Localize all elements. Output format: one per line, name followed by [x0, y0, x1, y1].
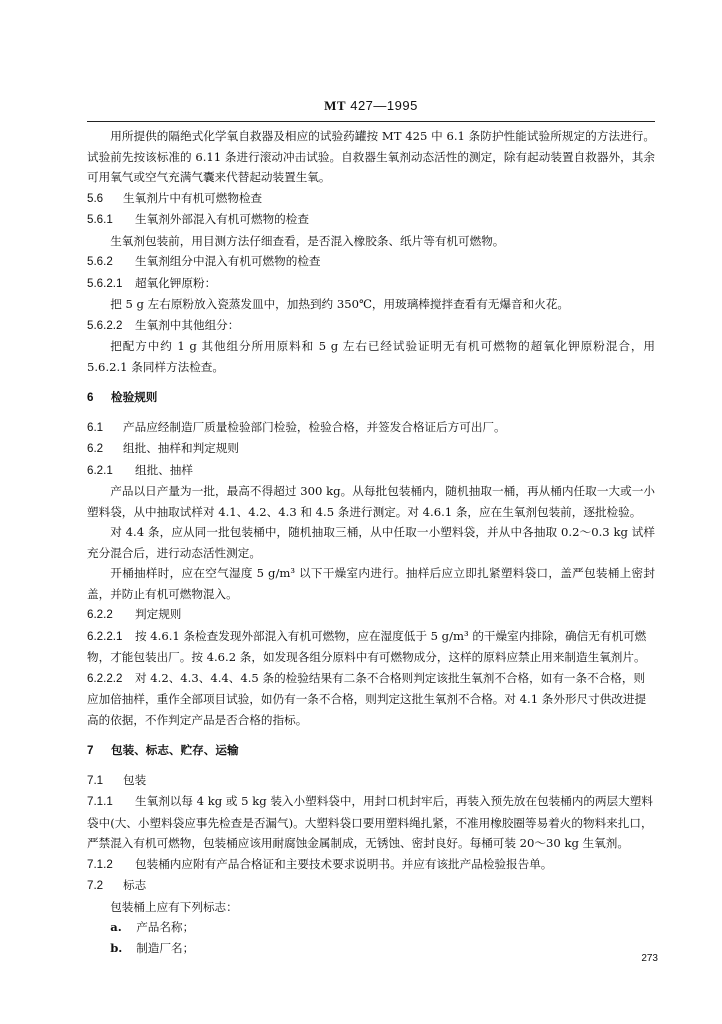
paragraph: 生氧剂包装前，用目测方法仔细查看，是否混入橡胶条、纸片等有机可燃物。	[87, 231, 655, 252]
paragraph: 产品以日产量为一批，最高不得超过 300 kg。从每批包装桶内，随机抽取一桶，再…	[87, 481, 655, 522]
standard-prefix: MT	[324, 98, 346, 113]
header-rule	[87, 121, 655, 122]
document-body: 用所提供的隔绝式化学氧自救器及相应的试验药罐按 MT 425 中 6.1 条防护…	[87, 126, 655, 958]
paragraph: 把 5 g 左右原粉放入瓷蒸发皿中，加热到约 350℃，用玻璃棒搅拌查看有无爆音…	[87, 294, 655, 315]
section-heading-6-2-1: 6.2.1组批、抽样	[87, 460, 655, 482]
page-number: 273	[641, 953, 658, 964]
list-item: b.制造厂名；	[87, 938, 655, 959]
paragraph: 开桶抽样时，应在空气湿度 5 g/m³ 以下干燥室内进行。抽样后应立即扎紧塑料袋…	[87, 563, 655, 604]
section-heading-6-1: 6.1产品应经制造厂质量检验部门检验，检验合格，并签发合格证后方可出厂。	[87, 417, 655, 439]
section-heading-6-2-2: 6.2.2判定规则	[87, 604, 655, 626]
chapter-heading-6: 6检验规则	[87, 387, 655, 409]
page-header: MT 427—1995	[87, 98, 655, 114]
section-heading-5-6-2-1: 5.6.2.1超氧化钾原粉：	[87, 273, 655, 295]
section-heading-5-6: 5.6生氧剂片中有机可燃物检查	[87, 188, 655, 210]
section-heading-7-1-2: 7.1.2包装桶内应附有产品合格证和主要技术要求说明书。并应有该批产品检验报告单…	[87, 854, 655, 876]
section-heading-5-6-2-2: 5.6.2.2生氧剂中其他组分：	[87, 315, 655, 337]
list-item: a.产品名称；	[87, 917, 655, 938]
standard-number: 427—1995	[350, 98, 418, 113]
section-heading-5-6-2: 5.6.2生氧剂组分中混入有机可燃物的检查	[87, 251, 655, 273]
paragraph: 包装桶上应有下列标志：	[87, 897, 655, 918]
section-heading-7-2: 7.2标志	[87, 875, 655, 897]
paragraph: 把配方中约 1 g 其他组分所用原料和 5 g 左右已经试验证明无有机可燃物的超…	[87, 336, 655, 377]
paragraph: 用所提供的隔绝式化学氧自救器及相应的试验药罐按 MT 425 中 6.1 条防护…	[87, 126, 655, 188]
paragraph: 对 4.4 条，应从同一批包装桶中，随机抽取三桶，从中任取一小塑料袋，并从中各抽…	[87, 522, 655, 563]
section-heading-6-2-2-1: 6.2.2.1按 4.6.1 条检查发现外部混入有机可燃物，应在湿度低于 5 g…	[87, 626, 655, 668]
chapter-heading-7: 7包装、标志、贮存、运输	[87, 740, 655, 762]
section-heading-5-6-1: 5.6.1生氧剂外部混入有机可燃物的检查	[87, 209, 655, 231]
section-heading-7-1-1: 7.1.1生氧剂以每 4 kg 或 5 kg 装入小塑料袋中，用封口机封牢后，再…	[87, 791, 655, 854]
section-heading-7-1: 7.1包装	[87, 770, 655, 792]
section-heading-6-2-2-2: 6.2.2.2对 4.2、4.3、4.4、4.5 条的检验结果有二条不合格则判定…	[87, 668, 655, 731]
section-heading-6-2: 6.2组批、抽样和判定规则	[87, 438, 655, 460]
